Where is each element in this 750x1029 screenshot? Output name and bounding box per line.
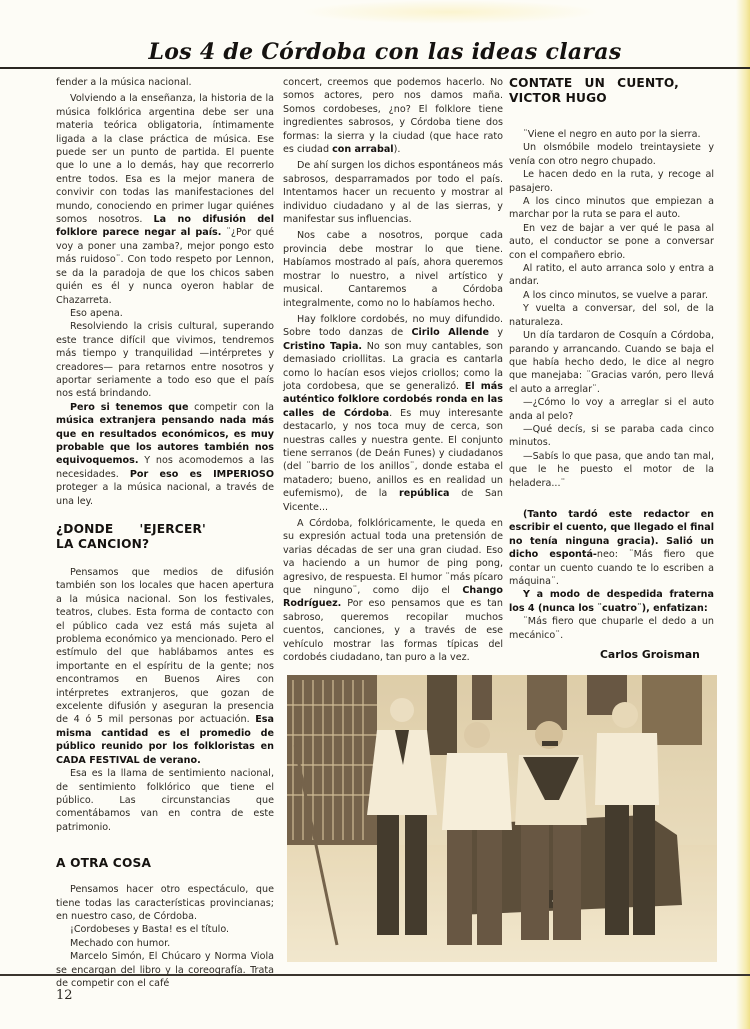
paragraph: Esa es la llama de sentimiento nacional,… [56,767,274,834]
text: Nos cabe a nosotros, porque cada provinc… [283,230,503,308]
paragraph: Un olsmóbile modelo treintaysiete y vení… [509,141,714,168]
article-title: Los 4 de Córdoba con las ideas claras [0,38,750,66]
text: Marcelo Simón, El Chúcaro y Norma Viola … [56,951,274,989]
column-3: CONTATE UN CUENTO, VICTOR HUGO ¨Viene el… [509,76,714,642]
paper-discoloration [300,0,600,24]
paragraph: En vez de bajar a ver qué le pasa al aut… [509,222,714,262]
header-rule [0,67,750,69]
paragraph: Pensamos hacer otro espectáculo, que tie… [56,883,274,923]
paragraph: Volviendo a la enseñanza, la historia de… [56,92,274,307]
paragraph: ¡Cordobeses y Basta! es el título. [56,923,274,936]
paragraph: De ahí surgen los dichos espontáneos más… [283,159,503,226]
bold-text: con arrabal [332,144,394,155]
text: Al ratito, el auto arranca solo y entra … [509,263,714,287]
paragraph: Marcelo Simón, El Chúcaro y Norma Viola … [56,950,274,990]
text: ¨¿Por qué voy a poner una zamba?, mejor … [56,227,274,305]
paragraph: (Tanto tardó este redactor en escribir e… [509,508,714,588]
text: ¡Cordobeses y Basta! es el título. [70,924,229,935]
footer-rule [0,974,750,976]
bold-text: Pero si tenemos que [70,402,189,413]
paragraph: Al ratito, el auto arranca solo y entra … [509,262,714,289]
paragraph: —Sabís lo que pasa, que ando tan mal, qu… [509,450,714,490]
paragraph: A Córdoba, folklóricamente, le queda en … [283,517,503,664]
group-photo: 337 405 [287,675,717,962]
text: A los cinco minutos, se vuelve a parar. [523,290,708,301]
bold-text: Cristino Tapia. [283,341,362,352]
column-2: concert, creemos que podemos hacerlo. No… [283,76,503,664]
masthead: Los 4 de Córdoba con las ideas claras [0,38,750,68]
text: Un día tardaron de Cosquín a Córdoba, pa… [509,330,714,395]
paragraph: Le hacen dedo en la ruta, y recoge al pa… [509,168,714,195]
paragraph: Pensamos que medios de difusión también … [56,566,274,767]
paragraph: —Qué decís, si se paraba cada cinco minu… [509,423,714,450]
bold-text: Por eso es IMPERIOSO [130,469,274,480]
paragraph: Y a modo de despedida fraterna los 4 (nu… [509,588,714,615]
text: De ahí surgen los dichos espontáneos más… [283,160,503,225]
text: fender a la música nacional. [56,77,192,88]
bold-text: república [399,488,450,499]
paragraph: Hay folklore cordobés, no muy difundido.… [283,313,503,514]
photo-illustration: 337 405 [287,675,717,962]
bold-text: Cirilo Allende [411,327,489,338]
text: En vez de bajar a ver qué le pasa al aut… [509,223,714,261]
author-byline: Carlos Groisman [600,648,700,661]
text: Un olsmóbile modelo treintaysiete y vení… [509,142,714,166]
paragraph: —¿Cómo lo voy a arreglar si el auto anda… [509,396,714,423]
paragraph: concert, creemos que podemos hacerlo. No… [283,76,503,156]
paragraph: Mechado con humor. [56,937,274,950]
text: —Sabís lo que pasa, que ando tan mal, qu… [509,451,714,489]
text: Y vuelta a conversar, del sol, de la nat… [509,303,714,327]
column-1: fender a la música nacional. Volviendo a… [56,76,274,990]
section-heading-a-otra-cosa: A OTRA COSA [56,856,274,871]
text: . Es muy interesante destacarlo, y nos t… [283,408,503,499]
text: Esa es la llama de sentimiento nacional,… [56,768,274,833]
text: ). [394,144,401,155]
page-number: 12 [56,988,73,1003]
text: —Qué decís, si se paraba cada cinco minu… [509,424,714,448]
paragraph: Nos cabe a nosotros, porque cada provinc… [283,229,503,309]
paragraph: Un día tardaron de Cosquín a Córdoba, pa… [509,329,714,396]
section-heading-donde-ejercer: ¿DONDE 'EJERCER' LA CANCION? [56,522,206,552]
paper-edge [736,0,750,1029]
text: ¨Viene el negro en auto por la sierra. [523,129,701,140]
paragraph: A los cinco minutos que empiezan a march… [509,195,714,222]
text: ¨Más fiero que chuparle el dedo a un mec… [509,616,714,640]
text: Pensamos hacer otro espectáculo, que tie… [56,884,274,922]
text: competir con la [189,402,274,413]
paragraph: fender a la música nacional. [56,76,274,89]
paragraph: Eso apena. [56,307,274,320]
paragraph: Y vuelta a conversar, del sol, de la nat… [509,302,714,329]
paragraph: Pero si tenemos que competir con la músi… [56,401,274,508]
text: Mechado con humor. [70,938,170,949]
section-heading-contate-un-cuento: CONTATE UN CUENTO, VICTOR HUGO [509,76,679,106]
text: Resolviendo la crisis cultural, superand… [56,321,274,399]
text: y [489,327,503,338]
bold-text: Y a modo de despedida fraterna los 4 (nu… [509,589,714,613]
text: Volviendo a la enseñanza, la historia de… [56,93,274,225]
text: Eso apena. [70,308,123,319]
text: Le hacen dedo en la ruta, y recoge al pa… [509,169,714,193]
text: Pensamos que medios de difusión también … [56,567,274,725]
text: proteger a la música nacional, a través … [56,482,274,506]
paragraph: Resolviendo la crisis cultural, superand… [56,320,274,400]
text: —¿Cómo lo voy a arreglar si el auto anda… [509,397,714,421]
paragraph: ¨Más fiero que chuparle el dedo a un mec… [509,615,714,642]
text: A los cinco minutos que empiezan a march… [509,196,714,220]
paragraph: ¨Viene el negro en auto por la sierra. [509,128,714,141]
paragraph: A los cinco minutos, se vuelve a parar. [509,289,714,302]
